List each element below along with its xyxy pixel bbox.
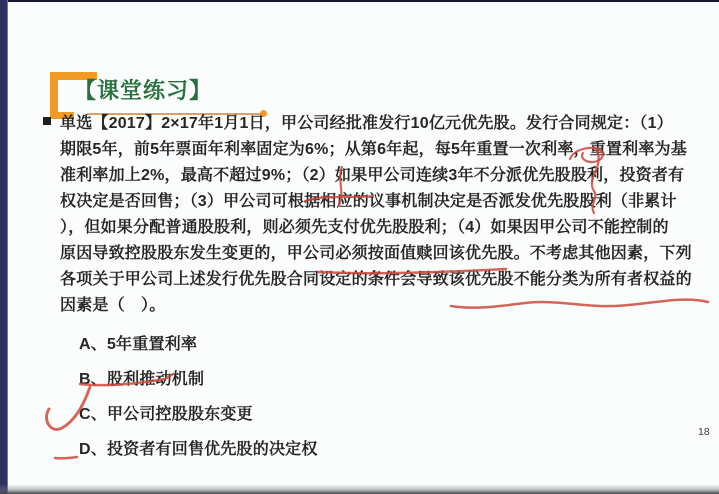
question-line: ），但如果分配普通股股利，则必须先支付优先股股利；（4）如果因甲公司不能控制的 (60, 215, 700, 241)
red-underline-option-d (55, 457, 77, 458)
page-number: 18 (698, 426, 710, 438)
question-line: 单选【2017】2×17年1月1日，甲公司经批准发行10亿元优先股。发行合同规定… (60, 111, 700, 137)
option-d: D、投资者有回售优先股的决定权 (79, 436, 318, 459)
bullet-square-icon (43, 117, 51, 125)
window-left-bar (0, 0, 8, 494)
question-line: 期限5年，前5年票面年利率固定为6%；从第6年起，每5年重置一次利率，重置利率为… (60, 137, 700, 163)
page-title: 【课堂练习】 (74, 74, 212, 105)
window-top-edge (0, 0, 719, 2)
lecture-slide: 【课堂练习】 单选【2017】2×17年1月1日，甲公司经批准发行10亿元优先股… (0, 0, 719, 494)
question-text: 单选【2017】2×17年1月1日，甲公司经批准发行10亿元优先股。发行合同规定… (60, 111, 700, 319)
window-bottom-shadow (0, 484, 719, 494)
option-b: B、股利推动机制 (79, 366, 204, 389)
option-c: C、甲公司控股股东变更 (79, 401, 253, 424)
question-line: 权决定是否回售；（3）甲公司可根据相应的议事机制决定是否派发优先股股利（非累计 (60, 189, 700, 215)
question-line: 原因导致控股股东发生变更的，甲公司必须按面值赎回该优先股。不考虑其他因素，下列 (60, 241, 700, 267)
option-a: A、5年重置利率 (79, 331, 197, 354)
question-line: 准利率加上2%，最高不超过9%；（2）如果甲公司连续3年不分派优先股股利，投资者… (60, 163, 700, 189)
question-line: 各项关于甲公司上述发行优先股合同设定的条件会导致该优先股不能分类为所有者权益的 (60, 267, 700, 293)
question-line: 因素是（ ）。 (60, 293, 700, 319)
